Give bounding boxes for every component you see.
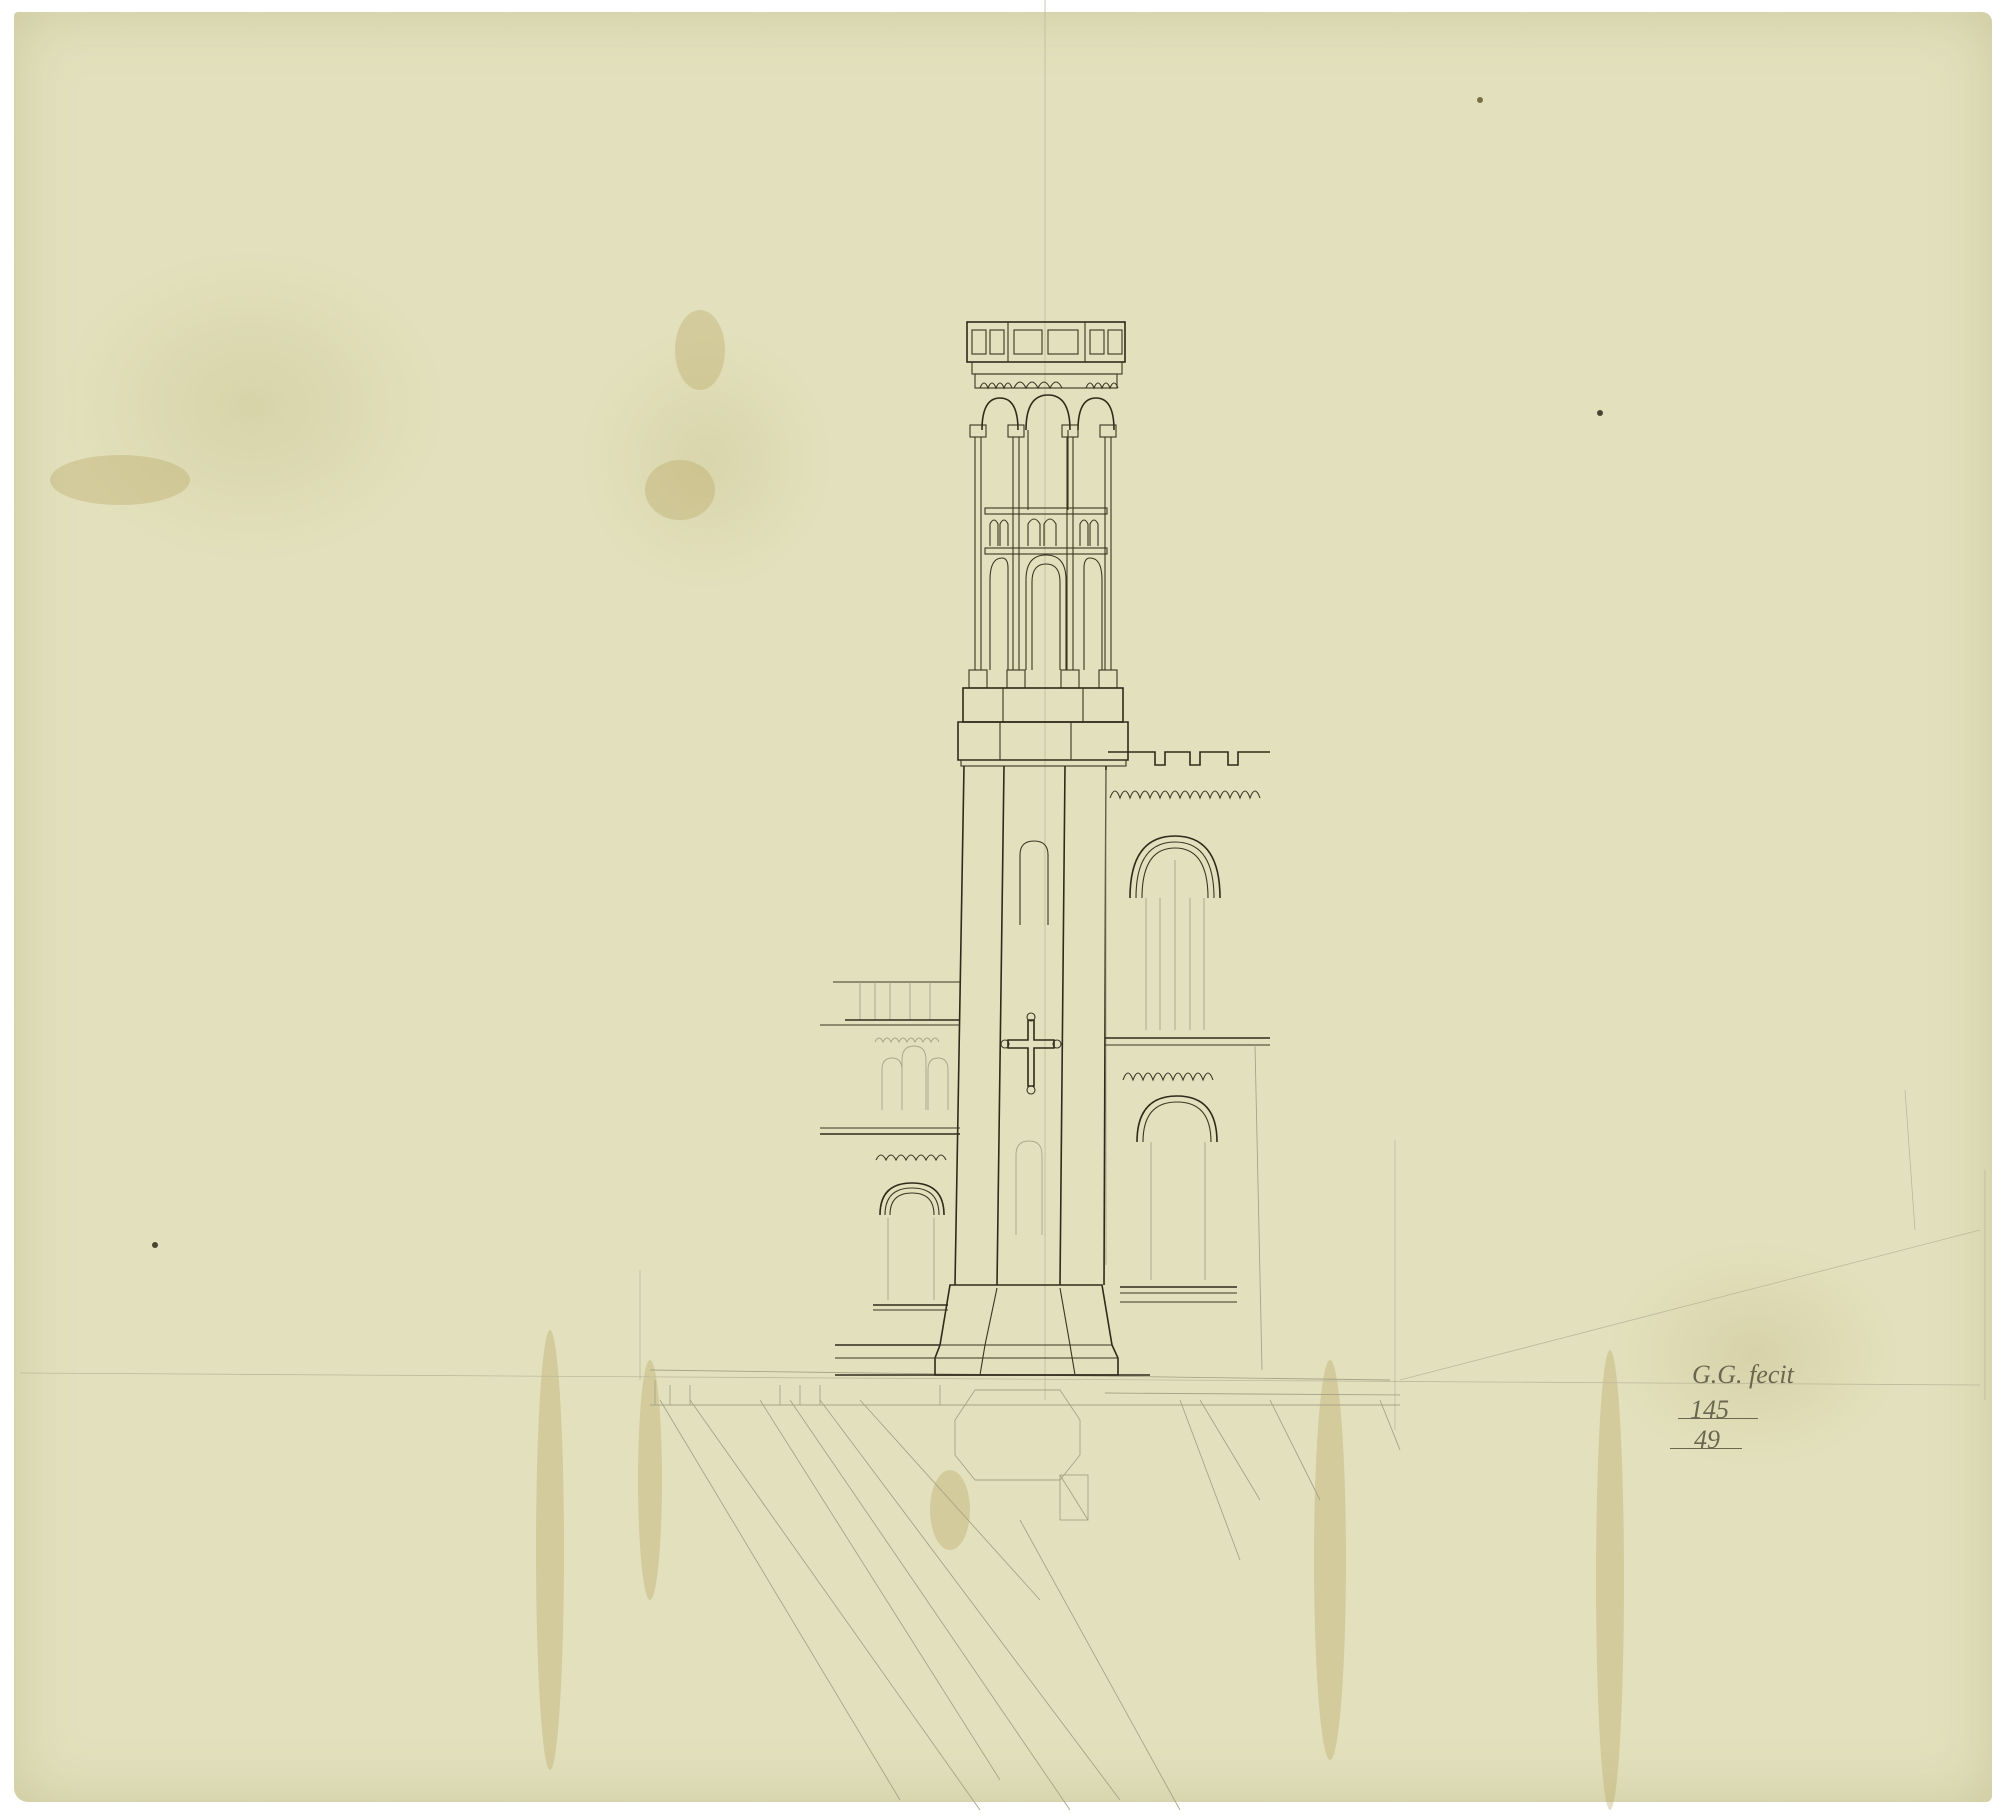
tower-shaft <box>955 766 1106 1285</box>
foxing-stains <box>50 97 1624 1810</box>
architectural-drawing <box>0 0 2000 1815</box>
tower <box>935 322 1128 1375</box>
tower-capital-block <box>958 722 1128 766</box>
right-wing <box>1105 752 1270 1370</box>
tower-plinth <box>935 1285 1118 1375</box>
annotation-number-2: 49 <box>1694 1425 1720 1455</box>
annotation-rule-2 <box>1670 1448 1742 1449</box>
tower-belfry <box>963 322 1125 722</box>
plan-sketch <box>655 1380 1400 1810</box>
signature-annotation: G.G. fecit <box>1692 1360 1794 1390</box>
left-wing <box>820 982 960 1358</box>
cross-ornament <box>1001 1013 1061 1094</box>
annotation-rule-1 <box>1678 1418 1758 1419</box>
annotation-number-1: 145 <box>1690 1395 1729 1425</box>
